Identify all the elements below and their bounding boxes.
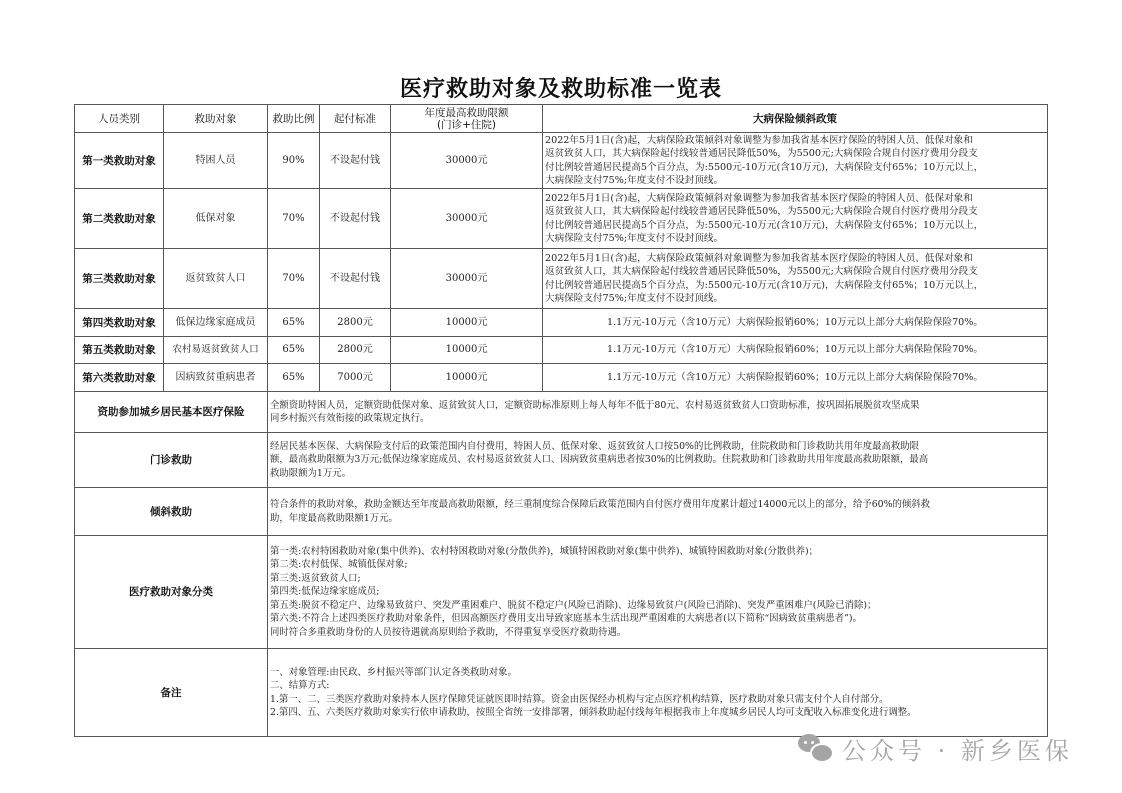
target-cell: 返贫致贫人口 [164,249,268,309]
annual-max-cell: 10000元 [391,337,543,364]
category-cell: 第五类救助对象 [75,337,164,364]
target-cell: 特困人员 [164,133,268,189]
category-cell: 第四类救助对象 [75,309,164,337]
policy-cell: 2022年5月1日(含)起，大病保险政策倾斜对象调整为参加我省基本医疗保险的特困… [543,133,1048,189]
table-row: 第四类救助对象 低保边缘家庭成员 65% 2800元 10000元 1.1万元-… [75,309,1048,337]
table-header-row: 人员类别 救助对象 救助比例 起付标准 年度最高救助限额 (门诊+住院) 大病保… [75,105,1048,133]
category-cell: 第二类救助对象 [75,189,164,249]
table-row: 第三类救助对象 返贫致贫人口 70% 不设起付钱 30000元 2022年5月1… [75,249,1048,309]
category-cell: 第三类救助对象 [75,249,164,309]
header-category: 人员类别 [75,105,164,133]
target-cell: 因病致贫重病患者 [164,364,268,392]
table-row: 第六类救助对象 因病致贫重病患者 65% 7000元 10000元 1.1万元-… [75,364,1048,392]
ratio-cell: 65% [268,337,320,364]
section-text: 一、对象管理:由民政、乡村振兴等部门认定各类救助对象。 二、结算方式: 1.第一… [268,649,1048,737]
ratio-cell: 65% [268,309,320,337]
category-cell: 第六类救助对象 [75,364,164,392]
header-ratio: 救助比例 [268,105,320,133]
section-text: 经居民基本医保、大病保险支付后的政策范围内自付费用，特困人员、低保对象、返贫致贫… [268,433,1048,488]
ratio-cell: 70% [268,249,320,309]
section-label: 倾斜救助 [75,488,268,536]
section-label: 备注 [75,649,268,737]
threshold-cell: 不设起付钱 [320,133,391,189]
section-row-insurance-subsidy: 资助参加城乡居民基本医疗保险 全额资助特困人员，定额资助低保对象、返贫致贫人口，… [75,392,1048,433]
policy-cell: 2022年5月1日(含)起，大病保险政策倾斜对象调整为参加我省基本医疗保险的特困… [543,189,1048,249]
annual-max-cell: 30000元 [391,133,543,189]
threshold-cell: 2800元 [320,309,391,337]
assistance-standards-table: 人员类别 救助对象 救助比例 起付标准 年度最高救助限额 (门诊+住院) 大病保… [74,104,1048,737]
watermark: 公众号 · 新乡医保 [798,728,1073,768]
page-title: 医疗救助对象及救助标准一览表 [0,72,1122,103]
annual-max-cell: 30000元 [391,189,543,249]
section-label: 资助参加城乡居民基本医疗保险 [75,392,268,433]
header-annual-max: 年度最高救助限额 (门诊+住院) [391,105,543,133]
header-target: 救助对象 [164,105,268,133]
section-text: 全额资助特困人员，定额资助低保对象、返贫致贫人口，定额资助标准原则上每人每年不低… [268,392,1048,433]
table-row: 第五类救助对象 农村易返贫致贫人口 65% 2800元 10000元 1.1万元… [75,337,1048,364]
annual-max-cell: 10000元 [391,364,543,392]
policy-cell: 1.1万元-10万元（含10万元）大病保险报销60%；10万元以上部分大病保险保… [543,309,1048,337]
policy-cell: 1.1万元-10万元（含10万元）大病保险报销60%；10万元以上部分大病保险保… [543,337,1048,364]
section-row-outpatient: 门诊救助 经居民基本医保、大病保险支付后的政策范围内自付费用，特困人员、低保对象… [75,433,1048,488]
header-threshold: 起付标准 [320,105,391,133]
section-row-tilted-assistance: 倾斜救助 符合条件的救助对象，救助金额达至年度最高救助限额，经三重制度综合保障后… [75,488,1048,536]
section-label: 门诊救助 [75,433,268,488]
section-text: 符合条件的救助对象，救助金额达至年度最高救助限额，经三重制度综合保障后政策范围内… [268,488,1048,536]
annual-max-cell: 10000元 [391,309,543,337]
section-label: 医疗救助对象分类 [75,536,268,649]
table-row: 第一类救助对象 特困人员 90% 不设起付钱 30000元 2022年5月1日(… [75,133,1048,189]
wechat-icon [798,734,832,762]
target-cell: 农村易返贫致贫人口 [164,337,268,364]
section-row-remarks: 备注 一、对象管理:由民政、乡村振兴等部门认定各类救助对象。 二、结算方式: 1… [75,649,1048,737]
threshold-cell: 不设起付钱 [320,249,391,309]
threshold-cell: 7000元 [320,364,391,392]
annual-max-cell: 30000元 [391,249,543,309]
threshold-cell: 不设起付钱 [320,189,391,249]
policy-cell: 1.1万元-10万元（含10万元）大病保险报销60%；10万元以上部分大病保险保… [543,364,1048,392]
threshold-cell: 2800元 [320,337,391,364]
policy-cell: 2022年5月1日(含)起，大病保险政策倾斜对象调整为参加我省基本医疗保险的特困… [543,249,1048,309]
target-cell: 低保对象 [164,189,268,249]
ratio-cell: 90% [268,133,320,189]
section-text: 第一类:农村特困救助对象(集中供养)、农村特困救助对象(分散供养)，城镇特困救助… [268,536,1048,649]
category-cell: 第一类救助对象 [75,133,164,189]
table-row: 第二类救助对象 低保对象 70% 不设起付钱 30000元 2022年5月1日(… [75,189,1048,249]
watermark-text: 公众号 · 新乡医保 [842,731,1073,766]
header-policy: 大病保险倾斜政策 [543,105,1048,133]
ratio-cell: 65% [268,364,320,392]
target-cell: 低保边缘家庭成员 [164,309,268,337]
ratio-cell: 70% [268,189,320,249]
section-row-classification: 医疗救助对象分类 第一类:农村特困救助对象(集中供养)、农村特困救助对象(分散供… [75,536,1048,649]
